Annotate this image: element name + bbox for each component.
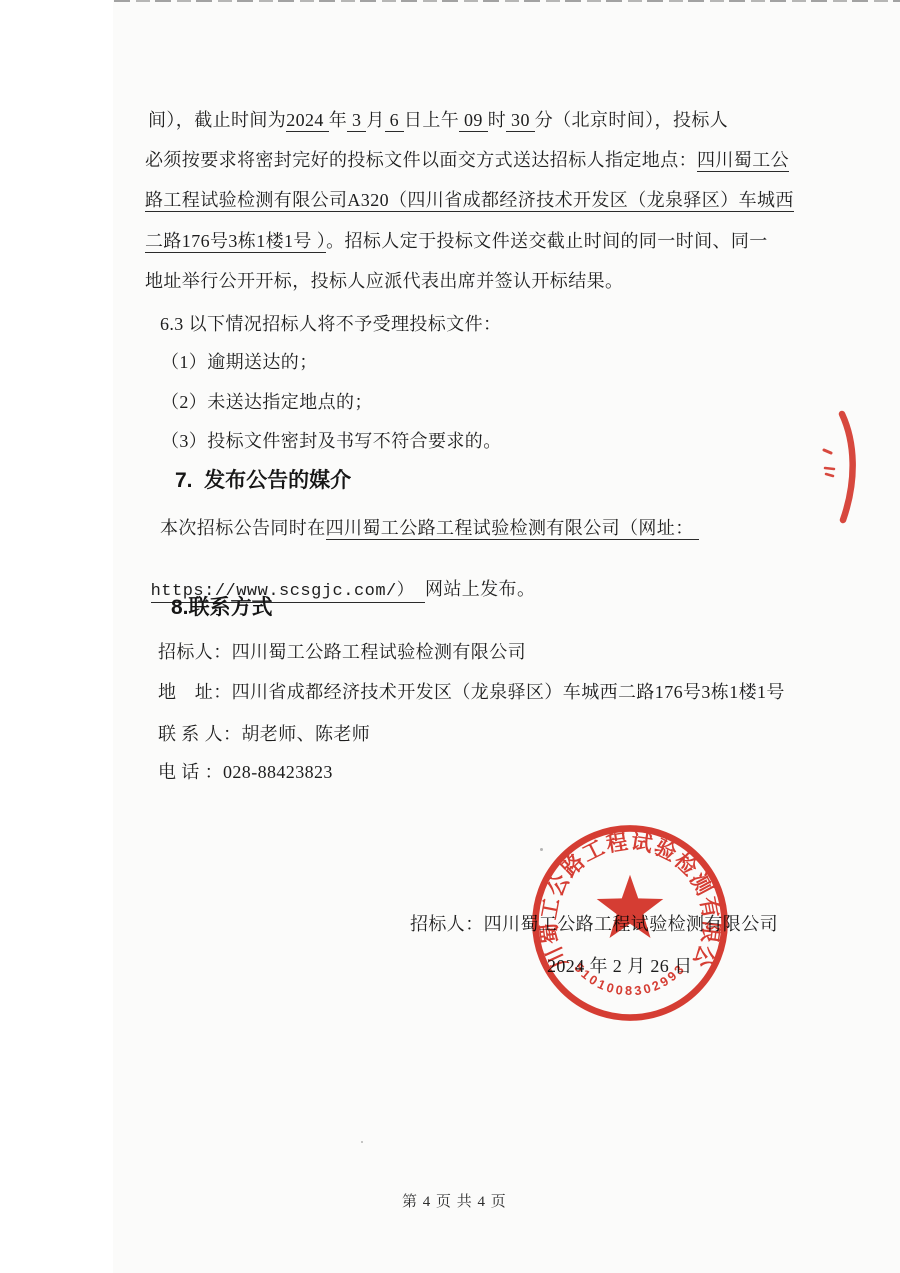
company-seal: 四川蜀工公路工程试验检测有限公司 5101008302993 [526, 819, 734, 1027]
rejection-item-1: （1）逾期送达的； [161, 351, 318, 374]
announcement-line-2-rest: 网站上发布。 [425, 579, 535, 599]
scan-left-margin [0, 0, 113, 1273]
rejection-item-3: （3）投标文件密封及书写不符合要求的。 [161, 430, 502, 453]
text-segment: 。招标人定于投标文件送交截止时间的同一时间、同一 [326, 231, 768, 251]
intro-line-4: 二路176号3栋1楼1号 ）。招标人定于投标文件送交截止时间的同一时间、同一 [145, 230, 768, 253]
text-segment: 日上午 [404, 110, 459, 130]
text-segment: 2024 [286, 110, 329, 132]
section-8-heading: 8.联系方式 [171, 595, 273, 620]
text-segment: 必须按要求将密封完好的投标文件以面交方式送达招标人指定地点： [145, 150, 697, 170]
text-segment: 四川蜀工公路工程试验检测有限公司（网址： [326, 518, 699, 540]
scan-edge-line [114, 0, 900, 2]
contact-line-address: 地 址：四川省成都经济技术开发区（龙泉驿区）车城西二路176号3栋1楼1号 [158, 681, 785, 704]
intro-line-5: 地址举行公开开标，投标人应派代表出席并签认开标结果。 [145, 270, 623, 293]
partial-seal-mark-2 [825, 468, 834, 476]
text-segment: 二路176号3栋1楼1号 ） [145, 231, 326, 253]
intro-line-1: 间），截止时间为2024 年 3 月 6 日上午 09 时 30 分（北京时间）… [148, 109, 728, 132]
text-segment: 月 [366, 110, 384, 130]
text-segment: 3 [347, 110, 366, 132]
seal-number-arc-text: 5101008302993 [571, 960, 688, 998]
text-segment: 本次招标公告同时在 [160, 518, 326, 538]
clause-6-3: 6.3 以下情况招标人将不予受理投标文件： [160, 313, 501, 336]
contact-line-phone: 电 话 ：028-88423823 [158, 761, 333, 784]
section-7-heading: 7. 发布公告的媒介 [175, 468, 351, 493]
text-segment: 30 [506, 110, 535, 132]
announcement-line-1: 本次招标公告同时在四川蜀工公路工程试验检测有限公司（网址： [160, 517, 699, 540]
partial-seal-arc-stroke [842, 414, 853, 520]
scan-speck [361, 1141, 363, 1143]
text-segment: 四川蜀工公 [697, 150, 789, 172]
text-segment: 分（北京时间），投标人 [535, 110, 728, 130]
document-page: 间），截止时间为2024 年 3 月 6 日上午 09 时 30 分（北京时间）… [0, 0, 900, 1273]
text-segment: 年 [329, 110, 347, 130]
partial-seal-mark-1 [824, 450, 831, 453]
text-segment: 09 [459, 110, 488, 132]
text-segment: 6 [385, 110, 404, 132]
contact-line-tenderer: 招标人：四川蜀工公路工程试验检测有限公司 [158, 641, 526, 664]
contact-line-persons: 联 系 人：胡老师、陈老师 [158, 723, 370, 746]
intro-line-3: 路工程试验检测有限公司A320（四川省成都经济技术开发区（龙泉驿区）车城西 [145, 189, 794, 212]
page-footer: 第 4 页 共 4 页 [402, 1190, 507, 1211]
text-segment: 间），截止时间为 [148, 110, 286, 130]
seal-star [597, 875, 664, 938]
text-segment: 路工程试验检测有限公司A320（四川省成都经济技术开发区（龙泉驿区）车城西 [145, 190, 794, 212]
partial-seal-arc [812, 408, 867, 528]
rejection-item-2: （2）未送达指定地点的； [161, 391, 373, 414]
text-segment: 地址举行公开开标，投标人应派代表出席并签认开标结果。 [145, 271, 623, 291]
scan-speck [540, 848, 543, 851]
intro-line-2: 必须按要求将密封完好的投标文件以面交方式送达招标人指定地点：四川蜀工公 [145, 149, 789, 172]
text-segment: 时 [488, 110, 506, 130]
